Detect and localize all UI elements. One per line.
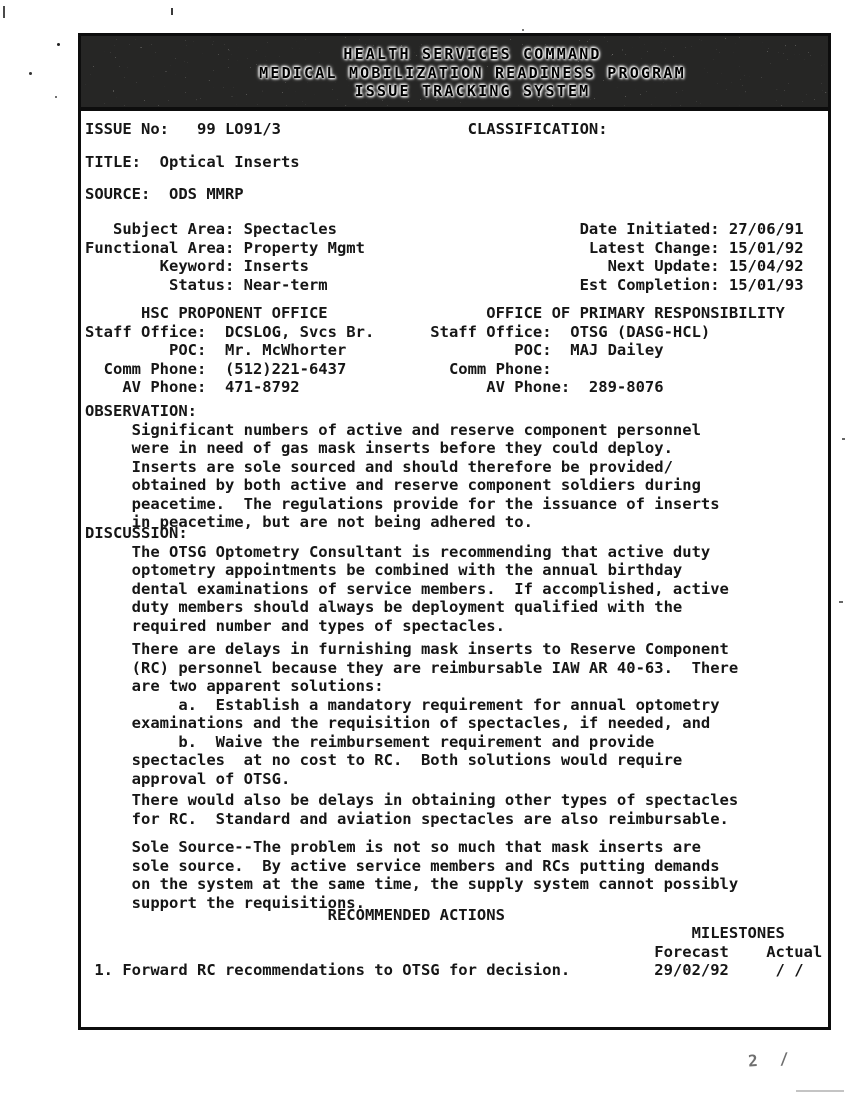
metadata-block: Subject Area: Spectacles Date Initiated:… xyxy=(85,220,804,294)
issue-number-classification-line: ISSUE No: 99 LO91/3 CLASSIFICATION: xyxy=(85,120,608,139)
discussion-section-paragraph-1: DISCUSSION: The OTSG Optometry Consultan… xyxy=(85,524,729,635)
source-line: SOURCE: ODS MMRP xyxy=(85,185,244,204)
scan-speck xyxy=(522,29,524,31)
document-header-band: HEALTH SERVICES COMMAND MEDICAL MOBILIZA… xyxy=(81,36,828,111)
offices-block: HSC PROPONENT OFFICE OFFICE OF PRIMARY R… xyxy=(85,304,785,397)
discussion-section-paragraph-3: There would also be delays in obtaining … xyxy=(85,791,738,828)
discussion-section-paragraph-2: There are delays in furnishing mask inse… xyxy=(85,640,738,788)
title-line: TITLE: Optical Inserts xyxy=(85,153,300,172)
observation-section: OBSERVATION: Significant numbers of acti… xyxy=(85,402,720,532)
document-border-box: HEALTH SERVICES COMMAND MEDICAL MOBILIZA… xyxy=(78,33,831,1030)
header-line-command: HEALTH SERVICES COMMAND xyxy=(117,45,828,64)
scanned-document-page: HEALTH SERVICES COMMAND MEDICAL MOBILIZA… xyxy=(0,0,850,1099)
scan-speck xyxy=(3,6,5,18)
milestones-block: MILESTONES Forecast Actual 1. Forward RC… xyxy=(85,924,822,980)
scan-speck xyxy=(55,96,57,98)
page-number-mark: 2 / xyxy=(747,1048,795,1070)
header-line-system: ISSUE TRACKING SYSTEM xyxy=(117,82,828,101)
scan-speck xyxy=(839,601,843,603)
scan-speck xyxy=(171,8,173,15)
document-header-titles: HEALTH SERVICES COMMAND MEDICAL MOBILIZA… xyxy=(81,36,828,101)
scan-speck xyxy=(57,43,60,46)
recommended-actions-heading: RECOMMENDED ACTIONS xyxy=(85,906,505,925)
scan-smudge xyxy=(796,1090,844,1092)
scan-speck xyxy=(842,438,845,440)
header-line-program: MEDICAL MOBILIZATION READINESS PROGRAM xyxy=(117,64,828,83)
discussion-section-paragraph-4: Sole Source--The problem is not so much … xyxy=(85,838,738,912)
scan-speck xyxy=(29,72,32,75)
